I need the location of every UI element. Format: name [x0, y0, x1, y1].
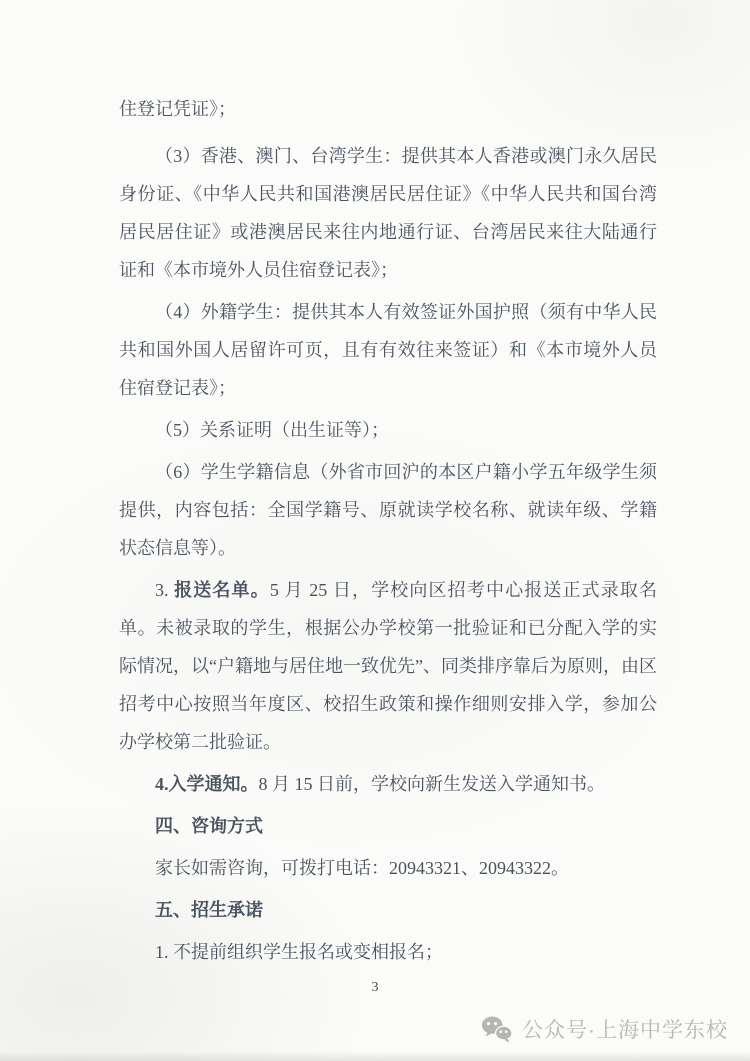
paragraph-consultation-phones: 家长如需咨询，可拨打电话：20943321、20943322。 [119, 849, 657, 887]
paragraph-continuation-line: 住登记凭证》； [119, 90, 657, 128]
heading-enrollment-promise: 五、招生承诺 [119, 891, 657, 929]
bold-run: 四、咨询方式 [155, 816, 263, 836]
bold-run: 4.入学通知。 [155, 774, 259, 794]
watermark-text: 公众号·上海中学东校 [522, 1014, 728, 1044]
paragraph-item-5-relationship-proof: （5）关系证明（出生证等）； [119, 411, 657, 449]
text-run: 5 月 25 日，学校向区招考中心报送正式录取名单。未被录取的学生，根据公办学校… [119, 580, 657, 752]
paragraph-promise-1: 1. 不提前组织学生报名或变相报名； [119, 933, 657, 971]
text-run: 3. [155, 580, 174, 600]
paragraph-step-4-admission-notice: 4.入学通知。8 月 15 日前，学校向新生发送入学通知书。 [119, 765, 657, 803]
wechat-watermark: 公众号·上海中学东校 [481, 1014, 728, 1044]
heading-consultation: 四、咨询方式 [119, 807, 657, 845]
text-run: （6）学生学籍信息（外省市回沪的本区户籍小学五年级学生须提供，内容包括：全国学籍… [119, 462, 657, 558]
document-body: 住登记凭证》； （3）香港、澳门、台湾学生：提供其本人香港或澳门永久居民身份证、… [119, 90, 657, 975]
text-run: （4）外籍学生：提供其本人有效签证外国护照（须有中华人民共和国外国人居留许可页，… [119, 302, 657, 398]
text-run: 8 月 15 日前，学校向新生发送入学通知书。 [259, 774, 606, 794]
paragraph-item-4-foreign-students: （4）外籍学生：提供其本人有效签证外国护照（须有中华人民共和国外国人居留许可页，… [119, 293, 657, 407]
bold-run: 五、招生承诺 [155, 900, 263, 920]
paragraph-item-6-student-status-info: （6）学生学籍信息（外省市回沪的本区户籍小学五年级学生须提供，内容包括：全国学籍… [119, 453, 657, 567]
text-run: （5）关系证明（出生证等）； [155, 420, 389, 440]
paragraph-step-3-submit-list: 3. 报送名单。5 月 25 日，学校向区招考中心报送正式录取名单。未被录取的学… [119, 571, 657, 761]
text-run: （3）香港、澳门、台湾学生：提供其本人香港或澳门永久居民身份证、《中华人民共和国… [119, 146, 657, 280]
page-number: 3 [0, 980, 750, 996]
text-run: 家长如需咨询，可拨打电话：20943321、20943322。 [155, 858, 569, 878]
text-run: 1. 不提前组织学生报名或变相报名； [155, 942, 443, 962]
bold-run: 报送名单。 [174, 580, 270, 600]
scanned-document-page: 住登记凭证》； （3）香港、澳门、台湾学生：提供其本人香港或澳门永久居民身份证、… [0, 0, 750, 1061]
wechat-icon [481, 1016, 513, 1043]
text-run: 住登记凭证》； [119, 99, 236, 119]
paragraph-item-3-hk-mo-tw-students: （3）香港、澳门、台湾学生：提供其本人香港或澳门永久居民身份证、《中华人民共和国… [119, 137, 657, 289]
